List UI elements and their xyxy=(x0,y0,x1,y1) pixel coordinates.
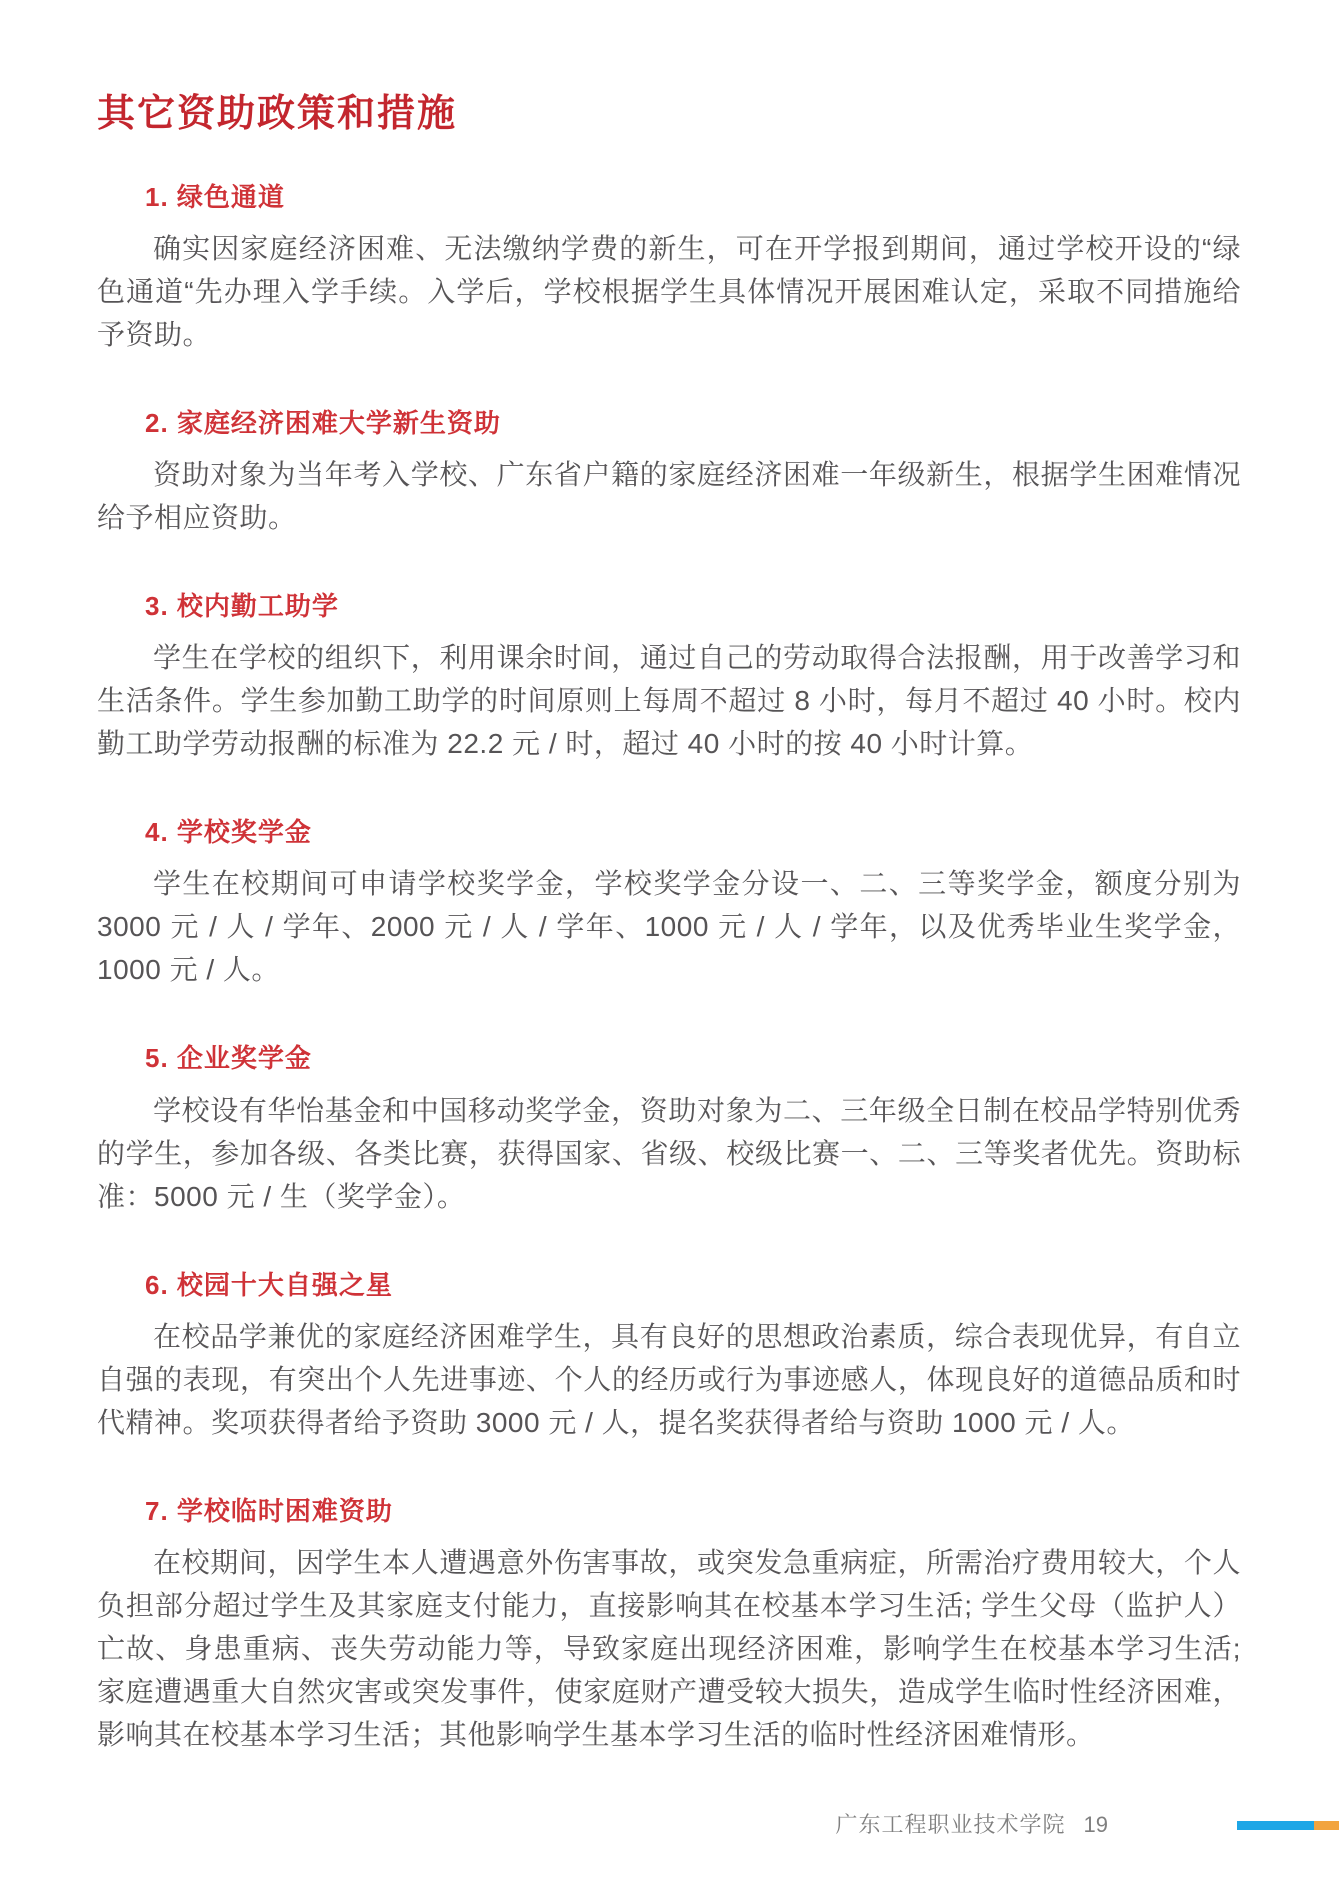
section-heading: 1. 绿色通道 xyxy=(145,182,1241,213)
footer-accent-bar-orange xyxy=(1314,1821,1339,1830)
section-temporary-aid: 7. 学校临时困难资助 在校期间，因学生本人遭遇意外伤害事故，或突发急重病症，所… xyxy=(97,1496,1241,1756)
section-self-improvement-stars: 6. 校园十大自强之星 在校品学兼优的家庭经济困难学生，具有良好的思想政治素质，… xyxy=(97,1270,1241,1444)
section-heading: 2. 家庭经济困难大学新生资助 xyxy=(145,408,1241,439)
footer-text: 广东工程职业技术学院19 xyxy=(836,1808,1109,1839)
section-green-channel: 1. 绿色通道 确实因家庭经济困难、无法缴纳学费的新生，可在开学报到期间，通过学… xyxy=(97,182,1241,356)
section-work-study: 3. 校内勤工助学 学生在学校的组织下，利用课余时间，通过自己的劳动取得合法报酬… xyxy=(97,591,1241,765)
section-paragraph: 学校设有华怡基金和中国移动奖学金，资助对象为二、三年级全日制在校品学特别优秀的学… xyxy=(97,1089,1241,1218)
footer-page-number: 19 xyxy=(1084,1812,1108,1837)
section-freshman-aid: 2. 家庭经济困难大学新生资助 资助对象为当年考入学校、广东省户籍的家庭经济困难… xyxy=(97,408,1241,539)
section-paragraph: 资助对象为当年考入学校、广东省户籍的家庭经济困难一年级新生，根据学生困难情况给予… xyxy=(97,453,1241,539)
section-paragraph: 在校品学兼优的家庭经济困难学生，具有良好的思想政治素质，综合表现优异，有自立自强… xyxy=(97,1315,1241,1444)
section-heading: 4. 学校奖学金 xyxy=(145,817,1241,848)
page-content: 其它资助政策和措施 1. 绿色通道 确实因家庭经济困难、无法缴纳学费的新生，可在… xyxy=(97,92,1241,1756)
section-heading: 7. 学校临时困难资助 xyxy=(145,1496,1241,1527)
section-paragraph: 确实因家庭经济困难、无法缴纳学费的新生，可在开学报到期间，通过学校开设的“绿色通… xyxy=(97,227,1241,356)
page-footer: 广东工程职业技术学院19 xyxy=(0,1800,1339,1850)
page-title: 其它资助政策和措施 xyxy=(97,92,1241,138)
document-page: { "page": { "title": "其它资助政策和措施", "secti… xyxy=(0,0,1339,1887)
section-enterprise-scholarship: 5. 企业奖学金 学校设有华怡基金和中国移动奖学金，资助对象为二、三年级全日制在… xyxy=(97,1043,1241,1217)
section-paragraph: 在校期间，因学生本人遭遇意外伤害事故，或突发急重病症，所需治疗费用较大，个人负担… xyxy=(97,1541,1241,1756)
footer-accent-bar-blue xyxy=(1237,1821,1314,1830)
section-heading: 6. 校园十大自强之星 xyxy=(145,1270,1241,1301)
footer-school-name: 广东工程职业技术学院 xyxy=(836,1812,1066,1837)
section-paragraph: 学生在校期间可申请学校奖学金，学校奖学金分设一、二、三等奖学金，额度分别为 30… xyxy=(97,862,1241,991)
section-school-scholarship: 4. 学校奖学金 学生在校期间可申请学校奖学金，学校奖学金分设一、二、三等奖学金… xyxy=(97,817,1241,991)
section-paragraph: 学生在学校的组织下，利用课余时间，通过自己的劳动取得合法报酬，用于改善学习和生活… xyxy=(97,636,1241,765)
section-heading: 5. 企业奖学金 xyxy=(145,1043,1241,1074)
section-heading: 3. 校内勤工助学 xyxy=(145,591,1241,622)
